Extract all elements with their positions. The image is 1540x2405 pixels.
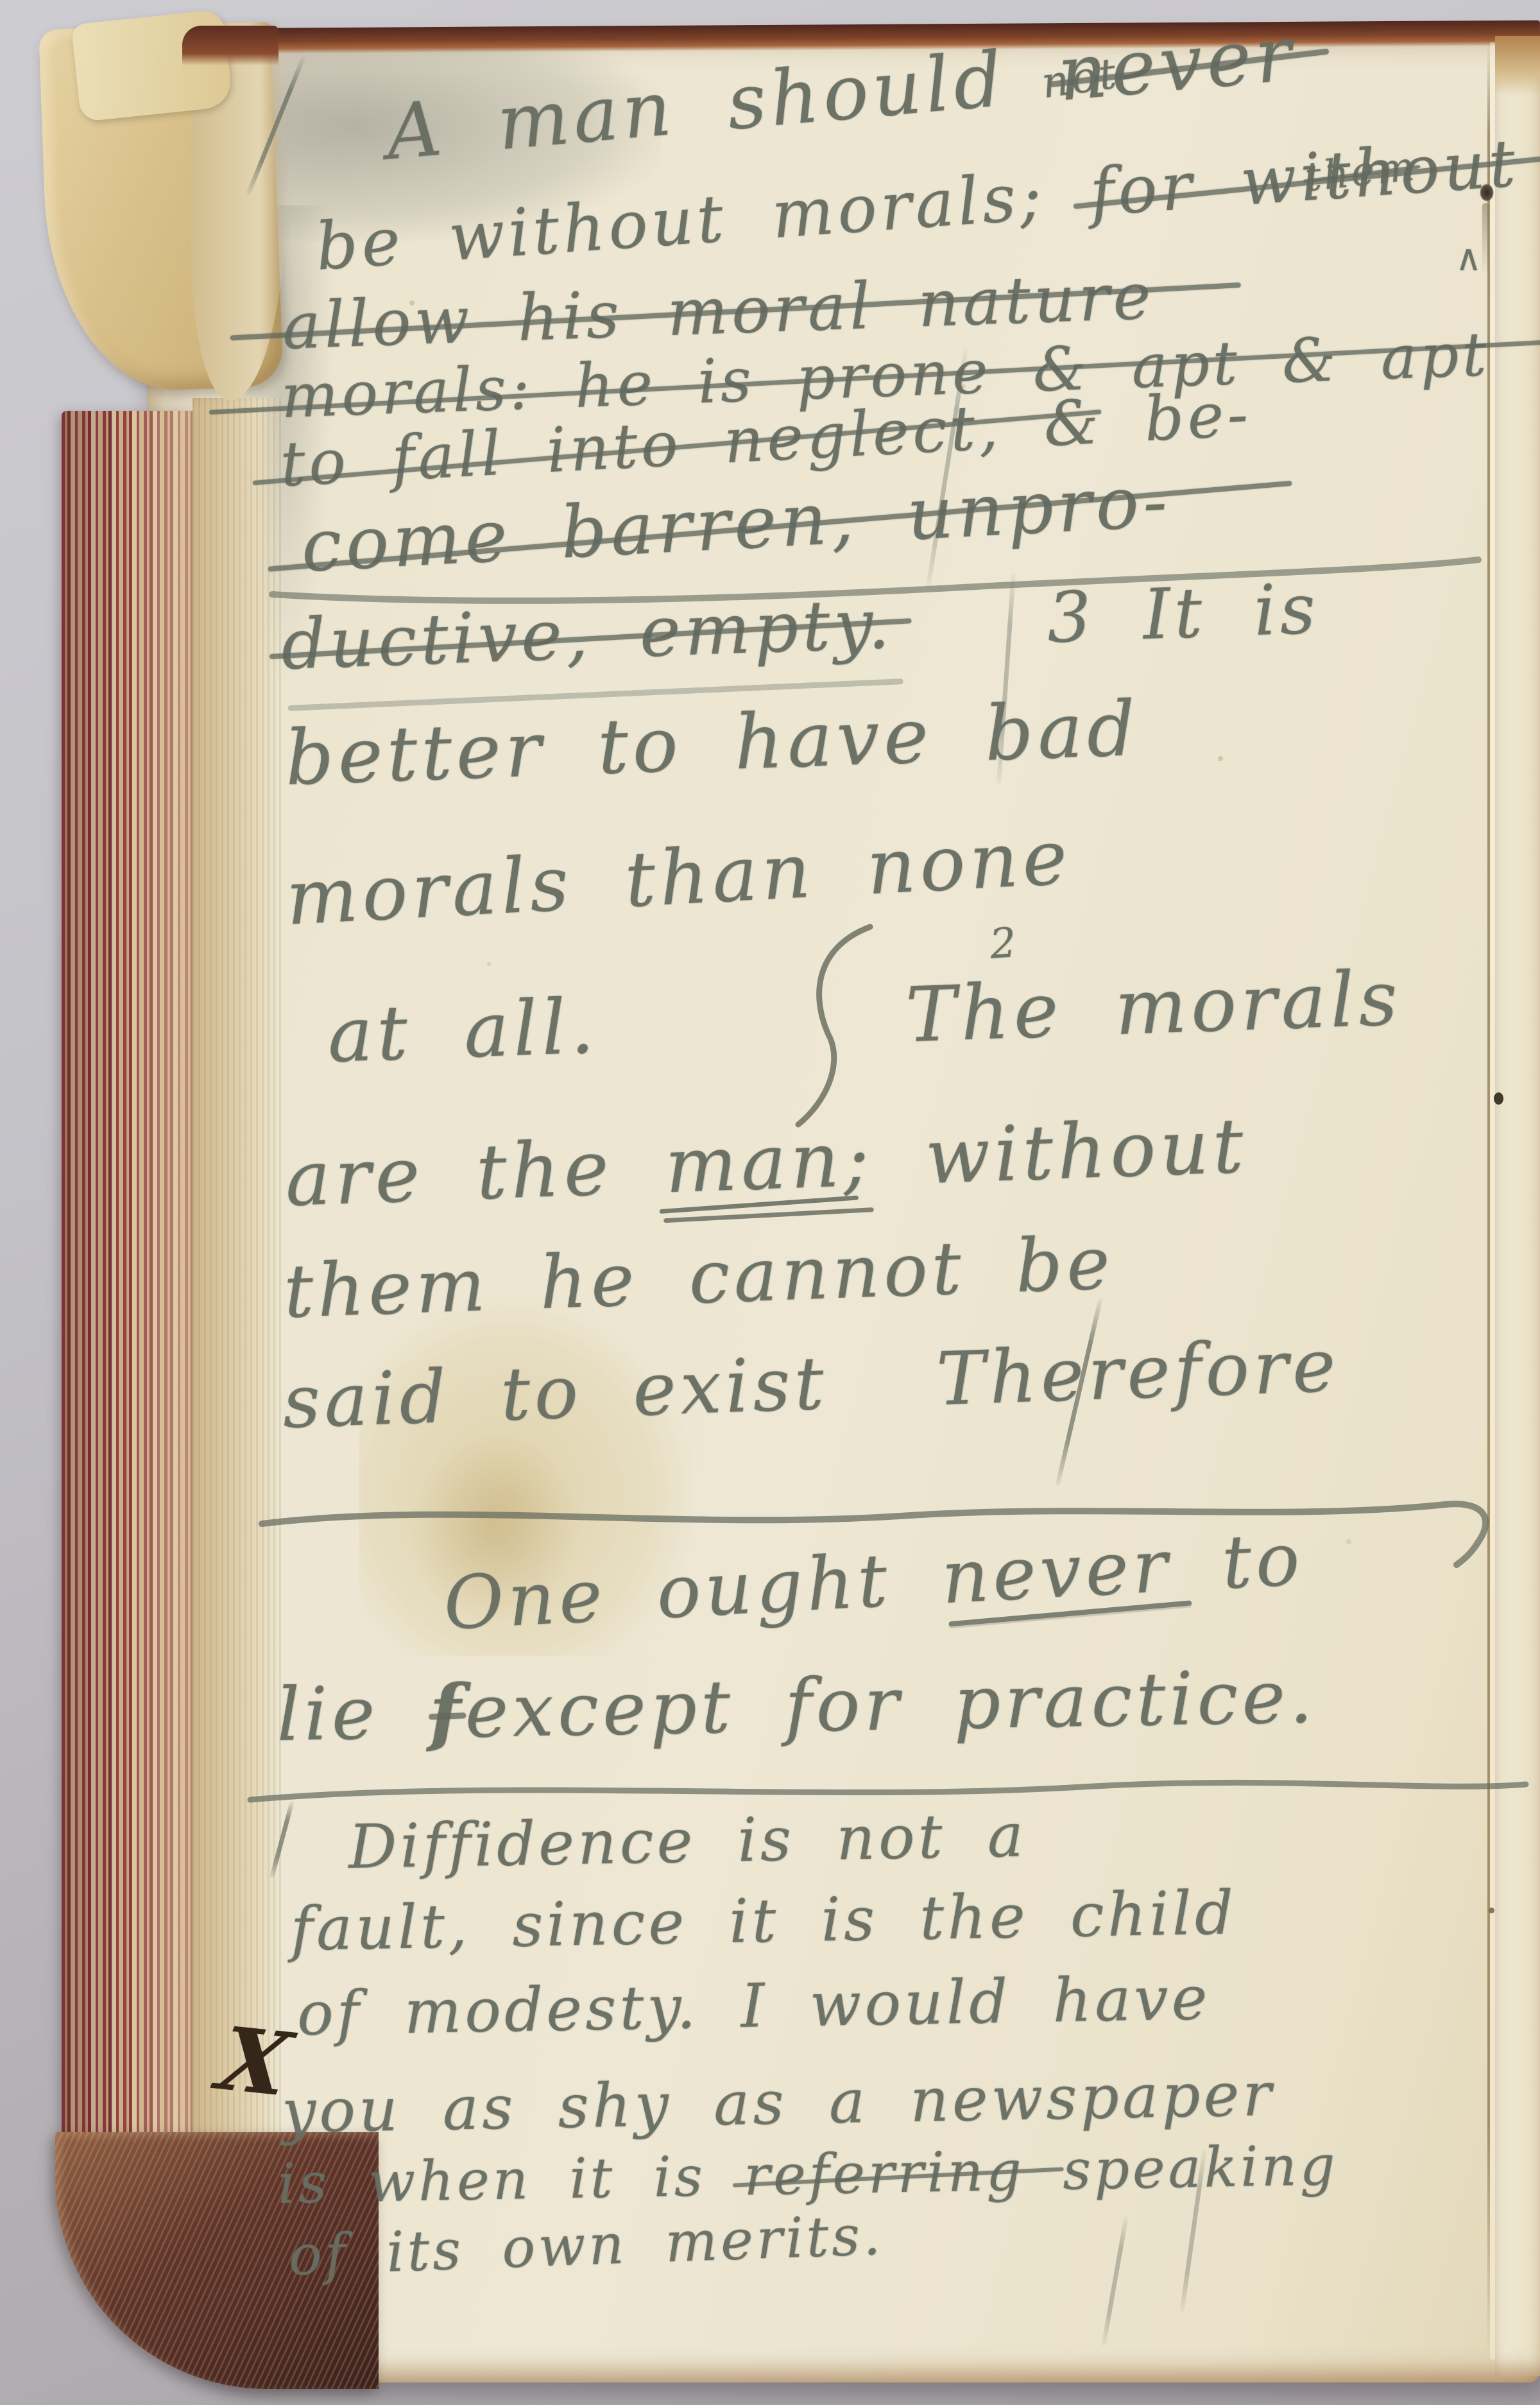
inserted-word: not (1038, 47, 1122, 110)
handwritten-word: at all. (326, 981, 599, 1080)
paper-freckles (0, 0, 3, 3)
insertion-caret-icon: ∧ (1455, 236, 1484, 281)
page-edges-left-marbled (62, 411, 198, 2208)
struck-word: f (429, 1666, 466, 1757)
page-edges-deckle (193, 398, 281, 2221)
handwritten-word: The morals (904, 954, 1403, 1060)
struck-word: referring (743, 2137, 1025, 2211)
handwritten-word: is when it is (277, 2144, 744, 2216)
ink-speck (1489, 1908, 1494, 1913)
ink-speck (1494, 1092, 1503, 1105)
handwritten-word: lie (276, 1669, 430, 1757)
handwritten-word: 3 It is (1046, 569, 1321, 659)
handwritten-word: speaking (1024, 2133, 1339, 2203)
handwritten-word: ; without (842, 1101, 1249, 1204)
handwritten-word: Therefore (935, 1322, 1340, 1422)
photograph-backdrop: A man should never not be without morals… (0, 0, 1540, 2405)
handwritten-line: Diffidence is not a (348, 1798, 1027, 1886)
page-top-edge-corner (182, 26, 278, 65)
handwritten-word: except for practice. (465, 1654, 1317, 1754)
handwritten-line: of modesty. I would have (296, 1961, 1211, 2052)
facing-page-top-edge (1495, 36, 1540, 95)
underlined-word: never (939, 1521, 1174, 1624)
handwritten-word: are the (284, 1121, 667, 1223)
underlined-word: man (663, 1113, 845, 1214)
handwritten-word: & be- (999, 378, 1253, 463)
handwritten-line: lie fexcept for practice. (276, 1651, 1317, 1761)
revision-number: 2 (988, 917, 1020, 970)
handwritten-word: to (1169, 1516, 1306, 1608)
facing-page-sliver (1495, 36, 1540, 2376)
handwritten-word: said to exist (281, 1340, 829, 1445)
